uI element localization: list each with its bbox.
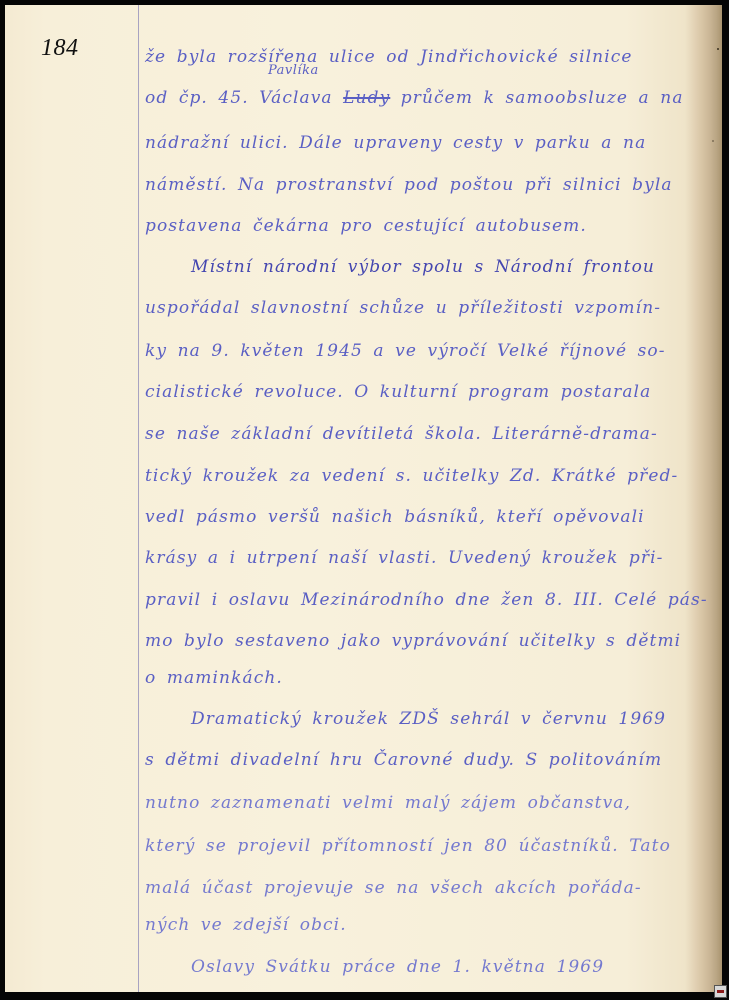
paragraph-start-line: Oslavy Svátku práce dne 1. května 1969 (145, 957, 604, 977)
text-line: cialistické revoluce. O kulturní program… (145, 382, 651, 402)
minimize-bar (717, 990, 724, 993)
text-fragment: od čp. 45. Václava (145, 88, 343, 108)
text-line: vedl pásmo veršů našich básníků, kteří o… (145, 507, 645, 527)
paragraph-start-line: Dramatický kroužek ZDŠ sehrál v červnu 1… (145, 709, 666, 729)
minimize-icon[interactable] (714, 985, 727, 998)
text-line: ky na 9. květen 1945 a ve výročí Velké ř… (145, 341, 666, 361)
paragraph-start-line: Místní národní výbor spolu s Národní fro… (145, 257, 655, 277)
text-line: náměstí. Na prostranství pod poštou při … (145, 175, 673, 195)
page-number: 184 (41, 35, 79, 62)
paper-speck (717, 48, 719, 50)
margin-line (138, 5, 139, 992)
text-line: postavena čekárna pro cestující autobuse… (145, 216, 587, 236)
text-line: malá účast projevuje se na všech akcích … (145, 878, 642, 898)
handwritten-text-block: že byla rozšířena ulice od Jindřichovick… (145, 5, 685, 992)
text-line: o maminkách. (145, 668, 283, 688)
text-fragment: průčem k samoobsluze a na (390, 88, 683, 108)
text-line: s dětmi divadelní hru Čarovné dudy. S po… (145, 750, 662, 770)
text-line: mo bylo sestaveno jako vyprávování učite… (145, 631, 681, 651)
struck-word: Ludy (343, 88, 390, 108)
text-line: nádražní ulici. Dále upraveny cesty v pa… (145, 133, 646, 153)
text-line: krásy a i utrpení naší vlasti. Uvedený k… (145, 548, 663, 568)
text-line: nutno zaznamenati velmi malý zájem občan… (145, 793, 631, 813)
text-line: pravil i oslavu Mezinárodního dne žen 8.… (145, 590, 708, 610)
text-line: uspořádal slavnostní schůze u příležitos… (145, 298, 661, 318)
text-line: který se projevil přítomností jen 80 úča… (145, 836, 671, 856)
chronicle-page: 184 že byla rozšířena ulice od Jindřicho… (5, 5, 722, 992)
paper-speck (712, 140, 714, 142)
inserted-correction: Pavlíka (268, 63, 319, 78)
text-line: od čp. 45. Václava Ludy průčem k samoobs… (145, 88, 684, 108)
text-line: se naše základní devítiletá škola. Liter… (145, 424, 658, 444)
text-line: že byla rozšířena ulice od Jindřichovick… (145, 47, 633, 67)
text-line: ných ve zdejší obci. (145, 915, 347, 935)
text-line: tický kroužek za vedení s. učitelky Zd. … (145, 466, 678, 486)
